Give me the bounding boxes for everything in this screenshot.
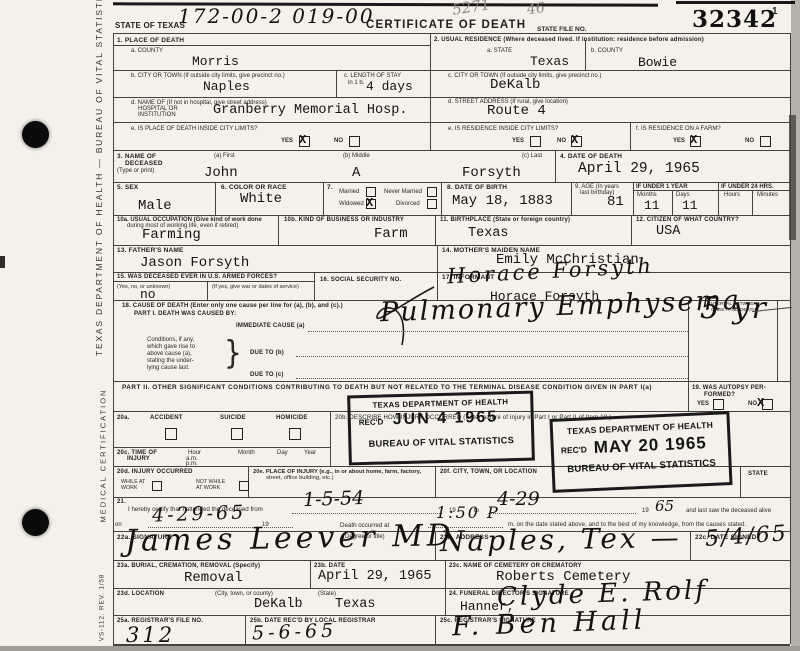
sex-value: Male [138,198,172,214]
business-industry-value: Farm [374,226,408,242]
street-address-value: Route 4 [487,103,546,119]
scan-edge-bottom [0,646,800,651]
birthplace-value: Texas [468,226,509,241]
scan-edge-right [791,0,800,651]
divider [323,182,324,215]
scan-left-tick [0,256,5,268]
suicide-label: SUICIDE [220,415,246,422]
conditions-note-5: lying cause last. [147,365,190,372]
color-race-value: White [240,191,282,207]
year-handwritten: 65 [655,497,674,515]
on-label: on [115,522,122,529]
margin-medical-certification-text: MEDICAL CERTIFICATION [99,381,108,531]
name-of-deceased-label2: DECEASED [125,160,163,167]
item-21-number: 21. [117,499,126,506]
armed-forces-value: no [140,287,156,302]
while-at-work-label2: WORK [121,485,137,491]
hours-label: Hours [724,192,740,199]
divider [330,411,331,466]
due-to-c-label: DUE TO (c) [250,372,284,379]
divider [113,45,430,46]
farm-no-checkbox [760,136,771,147]
residence-state-value: Texas [530,54,569,69]
form-border-top [113,33,790,34]
divider [336,70,337,97]
registrar-file-no-handwritten: 312 [126,623,175,647]
divider [571,182,572,215]
last-name-label: (c) Last [522,153,542,160]
divider [445,560,446,588]
year-label: Year [304,450,316,457]
divider [113,97,790,98]
citizen-value: USA [656,224,680,239]
state-sublabel: (State) [318,591,336,598]
divider [631,215,632,245]
divider [113,560,790,561]
injury-state-label: STATE [748,471,768,478]
residence-state-label: a. STATE [487,48,512,55]
divider [310,560,311,588]
divider [585,40,586,70]
divider [113,281,314,282]
homicide-label: HOMICIDE [276,415,308,422]
residence-limits-no-label: NO [557,138,566,145]
stamp-bureau-line: BUREAU OF VITAL STATISTICS [351,435,531,450]
fathers-name-value: Jason Forsyth [140,255,249,271]
hospital-label3: INSTITUTION [138,112,176,119]
days-value: 11 [682,198,698,213]
item-20a-label: 20a. [117,415,129,422]
place-of-injury-label2: street, office building, etc.) [266,475,334,482]
burial-location-city: DeKalb [254,597,303,612]
pm-label: p.m. [186,461,198,468]
widowed-label: Widowed [339,201,364,208]
scan-topline-right [676,1,795,4]
place-limits-no-label: NO [334,138,343,145]
physician-signature-handwritten: James Leever MD [125,518,455,559]
x-mark: X [690,133,697,147]
received-stamp-may: TEXAS DEPARTMENT OF HEALTH REC'D MAY 20 … [549,411,732,493]
usual-residence-title: 2. USUAL RESIDENCE (Where deceased lived… [434,37,704,44]
business-industry-label: 10b. KIND OF BUSINESS OR INDUSTRY [284,217,404,224]
residence-limits-yes-checkbox [530,136,541,147]
physician-address-handwritten: Naples, Tex — [440,521,682,558]
autopsy-label2: FORMED? [704,392,735,399]
pencil-number-a: 5271 [451,0,492,19]
married-label: Married [339,189,359,196]
date-of-birth-value: May 18, 1883 [452,193,553,209]
autopsy-no-label: NO [748,401,757,408]
autopsy-no-checkbox: X [762,399,773,410]
divider [435,615,436,644]
place-city-limits-label: e. IS PLACE OF DEATH INSIDE CITY LIMITS? [131,126,257,133]
divider [633,182,634,215]
margin-department-text: TEXAS DEPARTMENT OF HEALTH — BUREAU OF V… [94,26,104,356]
accident-label: ACCIDENT [150,415,183,422]
divider [207,281,208,300]
middle-name-label: (b) Middle [343,153,370,160]
occupation-value: Farming [142,227,201,243]
type-or-print-label: (Type or print) [117,168,154,175]
autopsy-yes-checkbox [713,399,724,410]
header-file-code-handwritten: 172-00-2 019-00 [178,4,375,28]
while-at-work-checkbox [152,481,162,491]
middle-name-value: A [352,165,360,181]
divider [672,190,673,215]
margin-form-number: VS-112. REV. 1/58 [99,570,106,646]
date-of-death-label: 4. DATE OF DEATH [560,153,622,160]
divider [314,272,315,300]
divider [430,33,431,150]
first-name-label: (a) First [214,153,235,160]
residence-limits-no-checkbox: X [571,136,582,147]
hospital-value: Granberry Memorial Hosp. [213,103,407,118]
widowed-checkbox: X [366,199,376,209]
divider [113,70,790,71]
cause-of-death-label: 18. CAUSE OF DEATH (Enter only one cause… [122,303,343,310]
residence-limits-label: e. IS RESIDENCE INSIDE CITY LIMITS? [448,126,558,133]
residence-limits-yes-label: YES [512,138,524,145]
x-mark: X [571,133,578,147]
citizen-label: 12. CITIZEN OF WHAT COUNTRY? [636,217,739,224]
fathers-name-label: 13. FATHER'S NAME [117,247,184,254]
divider [113,122,790,123]
due-to-b-line [296,356,688,357]
armed-forces-sub2: (If yes, give war or dates of service) [212,284,299,290]
divider [245,615,246,644]
divider [777,300,778,381]
farm-yes-checkbox: X [690,136,701,147]
interval-handwritten: 5 yr [700,291,768,326]
divorced-checkbox [427,199,437,209]
day-label: Day [277,450,288,457]
received-stamp-june: TEXAS DEPARTMENT OF HEALTH REC'D JUN 4 1… [347,391,535,466]
death-certificate-scan: TEXAS DEPARTMENT OF HEALTH — BUREAU OF V… [0,0,800,651]
burial-location-state: Texas [335,597,376,612]
time-of-injury-label2: INJURY [127,456,150,463]
divider [113,497,790,498]
due-to-c-line [296,378,688,379]
conditions-note-3: above cause (a), [147,351,192,358]
never-married-checkbox [427,187,437,197]
if-under-24hrs-label: IF UNDER 24 HRS. [721,184,774,191]
first-name-value: John [204,165,238,181]
length-of-stay-sublabel: in 1 b. [348,80,364,87]
divider [630,122,631,150]
hole-punch-bottom [22,509,49,536]
divider [113,447,330,448]
month-label: Month [238,450,255,457]
place-limits-yes-label: YES [281,138,293,145]
burial-type-value: Removal [184,570,243,586]
stamp-recd-label: REC'D [561,444,588,455]
conditions-note-1: Conditions, if any, [147,337,194,344]
place-limits-yes-checkbox: X [299,136,310,147]
residence-county-value: Bowie [638,55,677,70]
birthplace-label: 11. BIRTHPLACE (State or foreign country… [440,217,570,224]
residence-county-label: b. COUNTY [591,48,623,55]
state-of-texas-label: STATE OF TEXAS [115,21,185,30]
farm-no-label: NO [745,138,754,145]
divider [690,531,691,560]
place-county-label: a. COUNTY [131,48,163,55]
injury-city-label: 20f. CITY, TOWN, OR LOCATION [440,469,537,476]
year-19-b: 19 [642,508,649,515]
autopsy-label: 19. WAS AUTOPSY PER- [692,385,766,392]
divider [555,150,556,182]
part2-label: PART II. OTHER SIGNIFICANT CONDITIONS CO… [122,384,652,391]
farm-yes-label: YES [673,138,685,145]
x-mark: X [366,196,373,210]
entry-line [488,513,636,514]
not-while-at-work-checkbox [239,481,249,491]
pencil-number-b: 46 [526,0,546,18]
divider [437,245,438,272]
form-border-bottom [113,644,790,646]
sex-label: 5. SEX [117,184,138,191]
certificate-title: CERTIFICATE OF DEATH [366,19,526,32]
divider [113,150,790,151]
part1-label: PART I. DEATH WAS CAUSED BY: [134,311,236,318]
divider [435,466,436,497]
minutes-label: Minutes [757,192,778,199]
residence-farm-label: f. IS RESIDENCE ON A FARM? [636,126,721,133]
entry-line [292,513,442,514]
place-limits-no-checkbox [349,136,360,147]
divider [718,182,719,215]
place-county-value: Morris [192,54,239,69]
burial-date-value: April 29, 1965 [318,569,431,584]
conditions-note-4: stating the under- [147,358,194,365]
months-value: 11 [644,198,660,213]
stamp-bureau-line: BUREAU OF VITAL STATISTICS [554,457,728,476]
divider [113,245,790,246]
stamp-date: MAY 20 1965 [593,433,707,458]
date-of-birth-label: 8. DATE OF BIRTH [447,184,507,191]
date-signed-handwritten: 5/4/65 [704,521,788,552]
immediate-cause-label: IMMEDIATE CAUSE (a) [236,323,305,330]
divider [445,588,446,615]
marital-status-label: 7. [327,184,333,191]
conditions-note-2: which gave rise to [147,344,195,351]
registrar-signature-handwritten: F. Ben Hall [452,605,647,643]
last-name-value: Forsyth [462,165,521,181]
divorced-label: Divorced [396,201,420,208]
attended-from-handwritten: 1-5-54 [303,487,365,511]
stamp-date: JUN 4 1965 [393,409,499,430]
divider [740,466,741,497]
attended-to-handwritten: 4-29 [497,488,540,510]
conditions-brace: } [224,334,242,372]
date-recd-handwritten: 5-6-65 [252,620,338,645]
armed-forces-label: 15. WAS DECEASED EVER IN U.S. ARMED FORC… [117,274,277,281]
certify-text-2: and last saw the deceased alive [686,508,771,515]
state-file-number: 32342 [692,6,777,33]
autopsy-yes-label: YES [697,401,709,408]
x-mark: X [757,396,764,410]
divider [752,190,753,215]
not-while-at-work-label2: AT WORK [196,485,220,491]
divider [113,215,790,216]
divider [441,182,442,215]
place-of-death-title: 1. PLACE OF DEATH [117,37,184,44]
divider [278,215,279,245]
divider [215,182,216,215]
injury-occurred-label: 20d. INJURY OCCURRED [117,469,193,476]
immediate-cause-line [308,331,688,332]
burial-type-label: 23a. BURIAL, CREMATION, REMOVAL (Specify… [117,563,260,570]
if-under-1-year-label: IF UNDER 1 YEAR [636,184,688,191]
never-married-label: Never Married [384,189,422,196]
homicide-checkbox [289,428,301,440]
accident-checkbox [165,428,177,440]
length-of-stay-value: 4 days [366,79,413,94]
stamp-recd-label: REC'D [359,418,384,428]
divider [435,215,436,245]
age-value: 81 [607,194,624,210]
due-to-b-label: DUE TO (b) [250,350,284,357]
page-mark: 1 [772,6,778,18]
place-city-value: Naples [203,79,250,94]
suicide-checkbox [231,428,243,440]
hole-punch-top [22,121,49,148]
form-border-right [790,33,791,644]
x-mark: X [299,133,306,147]
burial-location-label: 23d. LOCATION [117,591,164,598]
form-border-left [113,33,114,644]
informant-signature: Horace Forsyth [447,254,655,289]
date-of-death-value: April 29, 1965 [578,161,700,177]
residence-city-value: DeKalb [490,77,540,93]
